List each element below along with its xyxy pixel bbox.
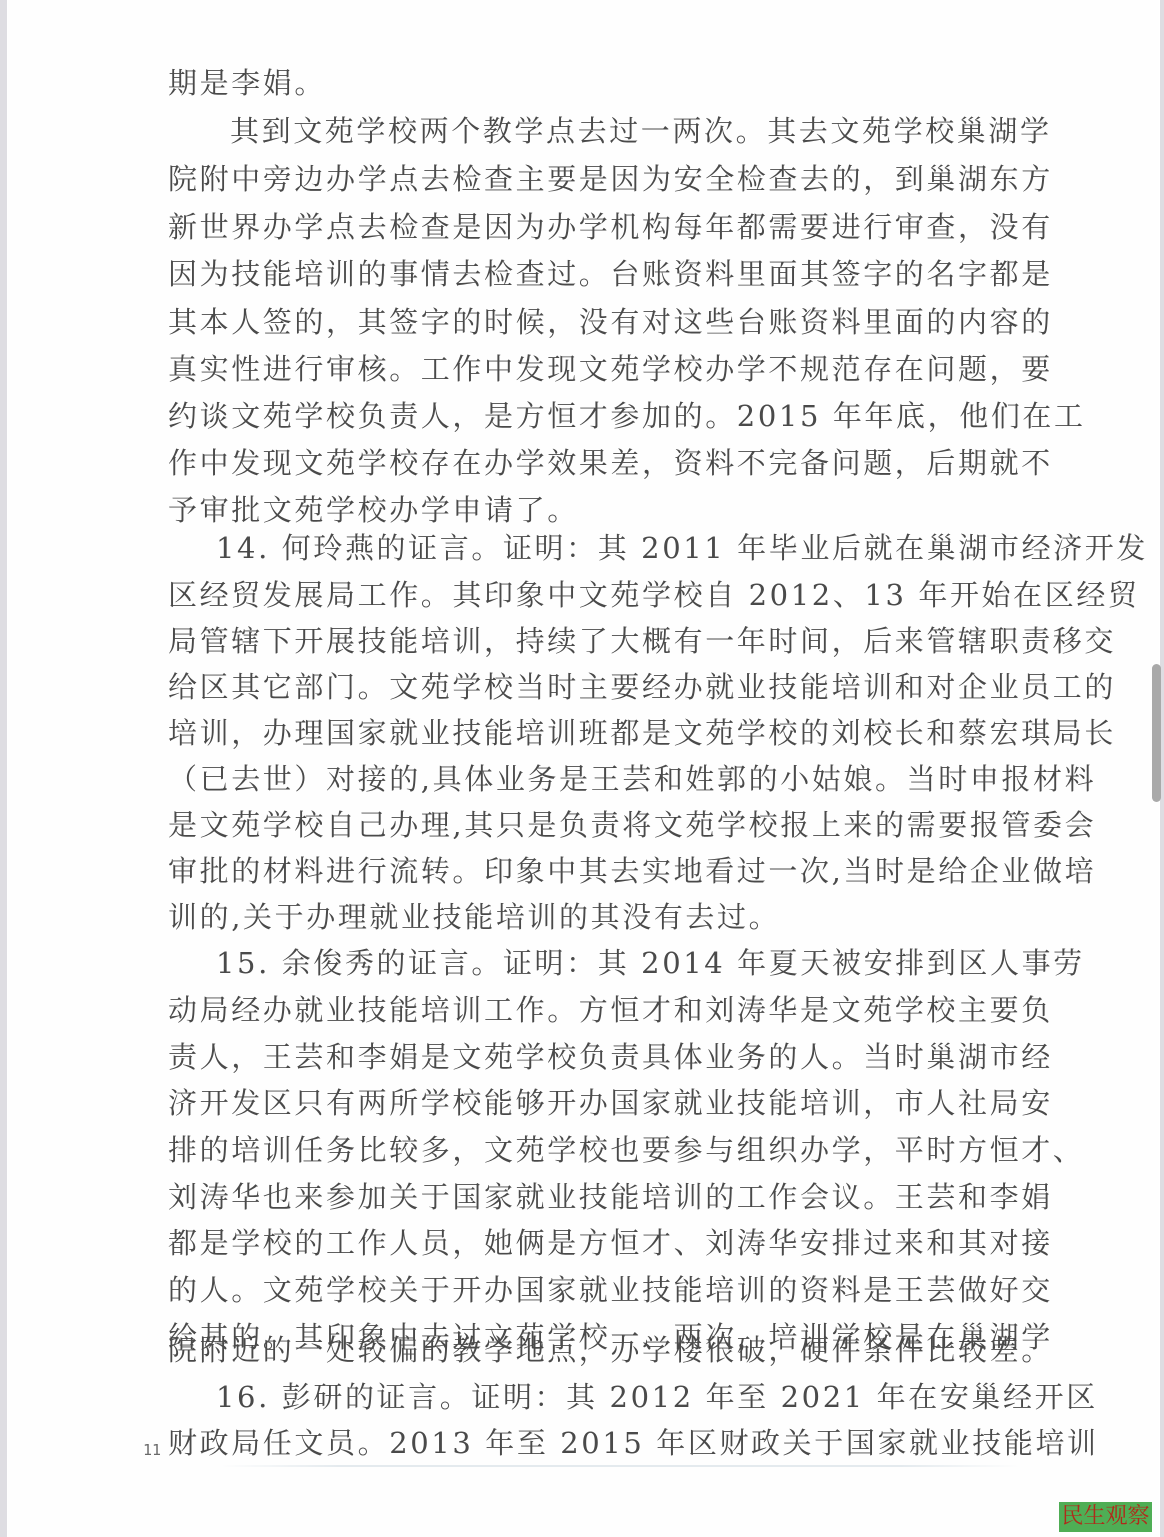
- text-line: 真实性进行审核。工作中发现文苑学校办学不规范存在问题，要: [168, 349, 1038, 389]
- text-line: （已去世）对接的,具体业务是王芸和姓郭的小姑娘。当时申报材料: [168, 759, 1038, 799]
- text-line: 排的培训任务比较多，文苑学校也要参与组织办学，平时方恒才、: [168, 1130, 1038, 1170]
- text-line: 作中发现文苑学校存在办学效果差，资料不完备问题，后期就不: [168, 443, 1038, 483]
- text-line: 是文苑学校自己办理,其只是负责将文苑学校报上来的需要报管委会: [168, 805, 1038, 845]
- text-line: 给区其它部门。文苑学校当时主要经办就业技能培训和对企业员工的: [168, 667, 1038, 707]
- text-line: 刘涛华也来参加关于国家就业技能培训的工作会议。王芸和李娟: [168, 1177, 1038, 1217]
- text-line: 责人，王芸和李娟是文苑学校负责具体业务的人。当时巢湖市经: [168, 1037, 1038, 1077]
- watermark-badge: 民生观察: [1059, 1502, 1152, 1532]
- text-line: 都是学校的工作人员，她俩是方恒才、刘涛华安排过来和其对接: [168, 1223, 1038, 1263]
- text-line: 济开发区只有两所学校能够开办国家就业技能培训，市人社局安: [168, 1083, 1038, 1123]
- text-line: 因为技能培训的事情去检查过。台账资料里面其签字的名字都是: [168, 254, 1038, 294]
- text-line: 动局经办就业技能培训工作。方恒才和刘涛华是文苑学校主要负: [168, 990, 1038, 1030]
- text-line: 审批的材料进行流转。印象中其去实地看过一次,当时是给企业做培: [168, 851, 1038, 891]
- page-footer-rule: [220, 1465, 1020, 1467]
- text-line: 训的,关于办理就业技能培训的其没有去过。: [168, 897, 1038, 937]
- text-line: 其到文苑学校两个教学点去过一两次。其去文苑学校巢湖学: [230, 111, 1038, 151]
- page-number: 11: [143, 1441, 161, 1459]
- testimony-heading-14: 14. 何玲燕的证言。证明：其 2011 年毕业后就在巢湖市经济开发: [216, 528, 1038, 568]
- text-line: 院附中旁边办学点去检查主要是因为安全检查去的，到巢湖东方: [168, 159, 1038, 199]
- text-line: 的人。文苑学校关于开办国家就业技能培训的资料是王芸做好交: [168, 1270, 1038, 1310]
- text-line: 培训，办理国家就业技能培训班都是文苑学校的刘校长和蔡宏琪局长: [168, 713, 1038, 753]
- text-line: 约谈文苑学校负责人，是方恒才参加的。2015 年年底，他们在工: [168, 396, 1038, 436]
- scrollbar-thumb[interactable]: [1152, 664, 1161, 802]
- text-line: 区经贸发展局工作。其印象中文苑学校自 2012、13 年开始在区经贸: [168, 575, 1038, 615]
- text-line: 局管辖下开展技能培训，持续了大概有一年时间，后来管辖职责移交: [168, 621, 1038, 661]
- text-line: 财政局任文员。2013 年至 2015 年区财政关于国家就业技能培训: [168, 1423, 1038, 1463]
- text-line: 期是李娟。: [168, 63, 1038, 103]
- text-line: 其本人签的，其签字的时候，没有对这些台账资料里面的内容的: [168, 302, 1038, 342]
- testimony-heading-16: 16. 彭研的证言。证明：其 2012 年至 2021 年在安巢经开区: [216, 1377, 1038, 1417]
- viewer-left-edge: [0, 0, 7, 1537]
- text-line: 予审批文苑学校办学申请了。: [168, 490, 1038, 530]
- testimony-heading-15: 15. 余俊秀的证言。证明：其 2014 年夏天被安排到区人事劳: [216, 943, 1038, 983]
- text-line: 新世界办学点去检查是因为办学机构每年都需要进行审查，没有: [168, 207, 1038, 247]
- text-line: 院附近的一处较偏的教学地点，办学楼很破，硬件条件比较差。: [168, 1330, 1038, 1370]
